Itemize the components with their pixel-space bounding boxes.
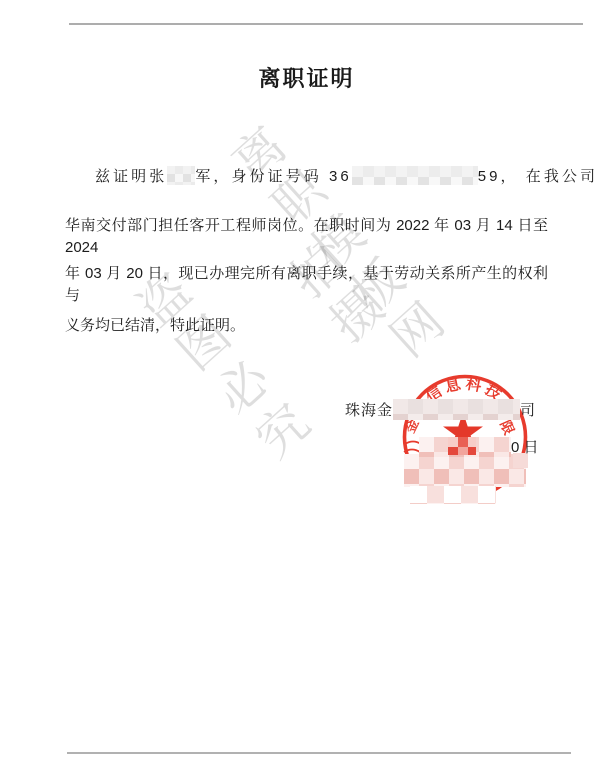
- company-name-suffix: 司: [520, 402, 536, 419]
- body-line-1-seg1: 兹证明张: [95, 168, 167, 185]
- name-redaction-mosaic: [167, 166, 195, 185]
- body-line-1-seg3: 59， 在我公司: [478, 168, 598, 185]
- top-divider-line: [69, 23, 583, 25]
- body-line-3: 年 03 月 20 日，现已办理完所有离职手续，基于劳动关系所产生的权利与: [65, 263, 548, 307]
- id-number-redaction-mosaic: [352, 166, 478, 185]
- date-visible-text: 0 日: [511, 439, 539, 456]
- body-line-1-seg2: 军，身份证号码 36: [195, 168, 351, 185]
- company-name-redaction-mosaic: [393, 399, 520, 420]
- body-line-1: 兹证明张军，身份证号码 3659， 在我公司: [65, 166, 598, 188]
- date-line: 0 日: [419, 437, 539, 459]
- company-signature-line: 珠海金司: [345, 399, 536, 422]
- resignation-certificate-page: 离职证明 离职模板网 拍摄 盗图必究 兹证明张军，身份证号码 3659， 在我公…: [0, 0, 613, 771]
- seal-bottom-redaction-mosaic-2: [410, 486, 496, 504]
- document-title: 离职证明: [0, 62, 613, 93]
- body-line-2: 华南交付部门担任客开工程师岗位。在职时间为 2022 年 03 月 14 日至 …: [65, 215, 548, 259]
- company-name-prefix: 珠海金: [345, 402, 393, 419]
- bottom-divider-line: [67, 752, 571, 754]
- seal-center-redaction-mosaic: [448, 437, 476, 455]
- body-line-4: 义务均已结清，特此证明。: [65, 315, 548, 337]
